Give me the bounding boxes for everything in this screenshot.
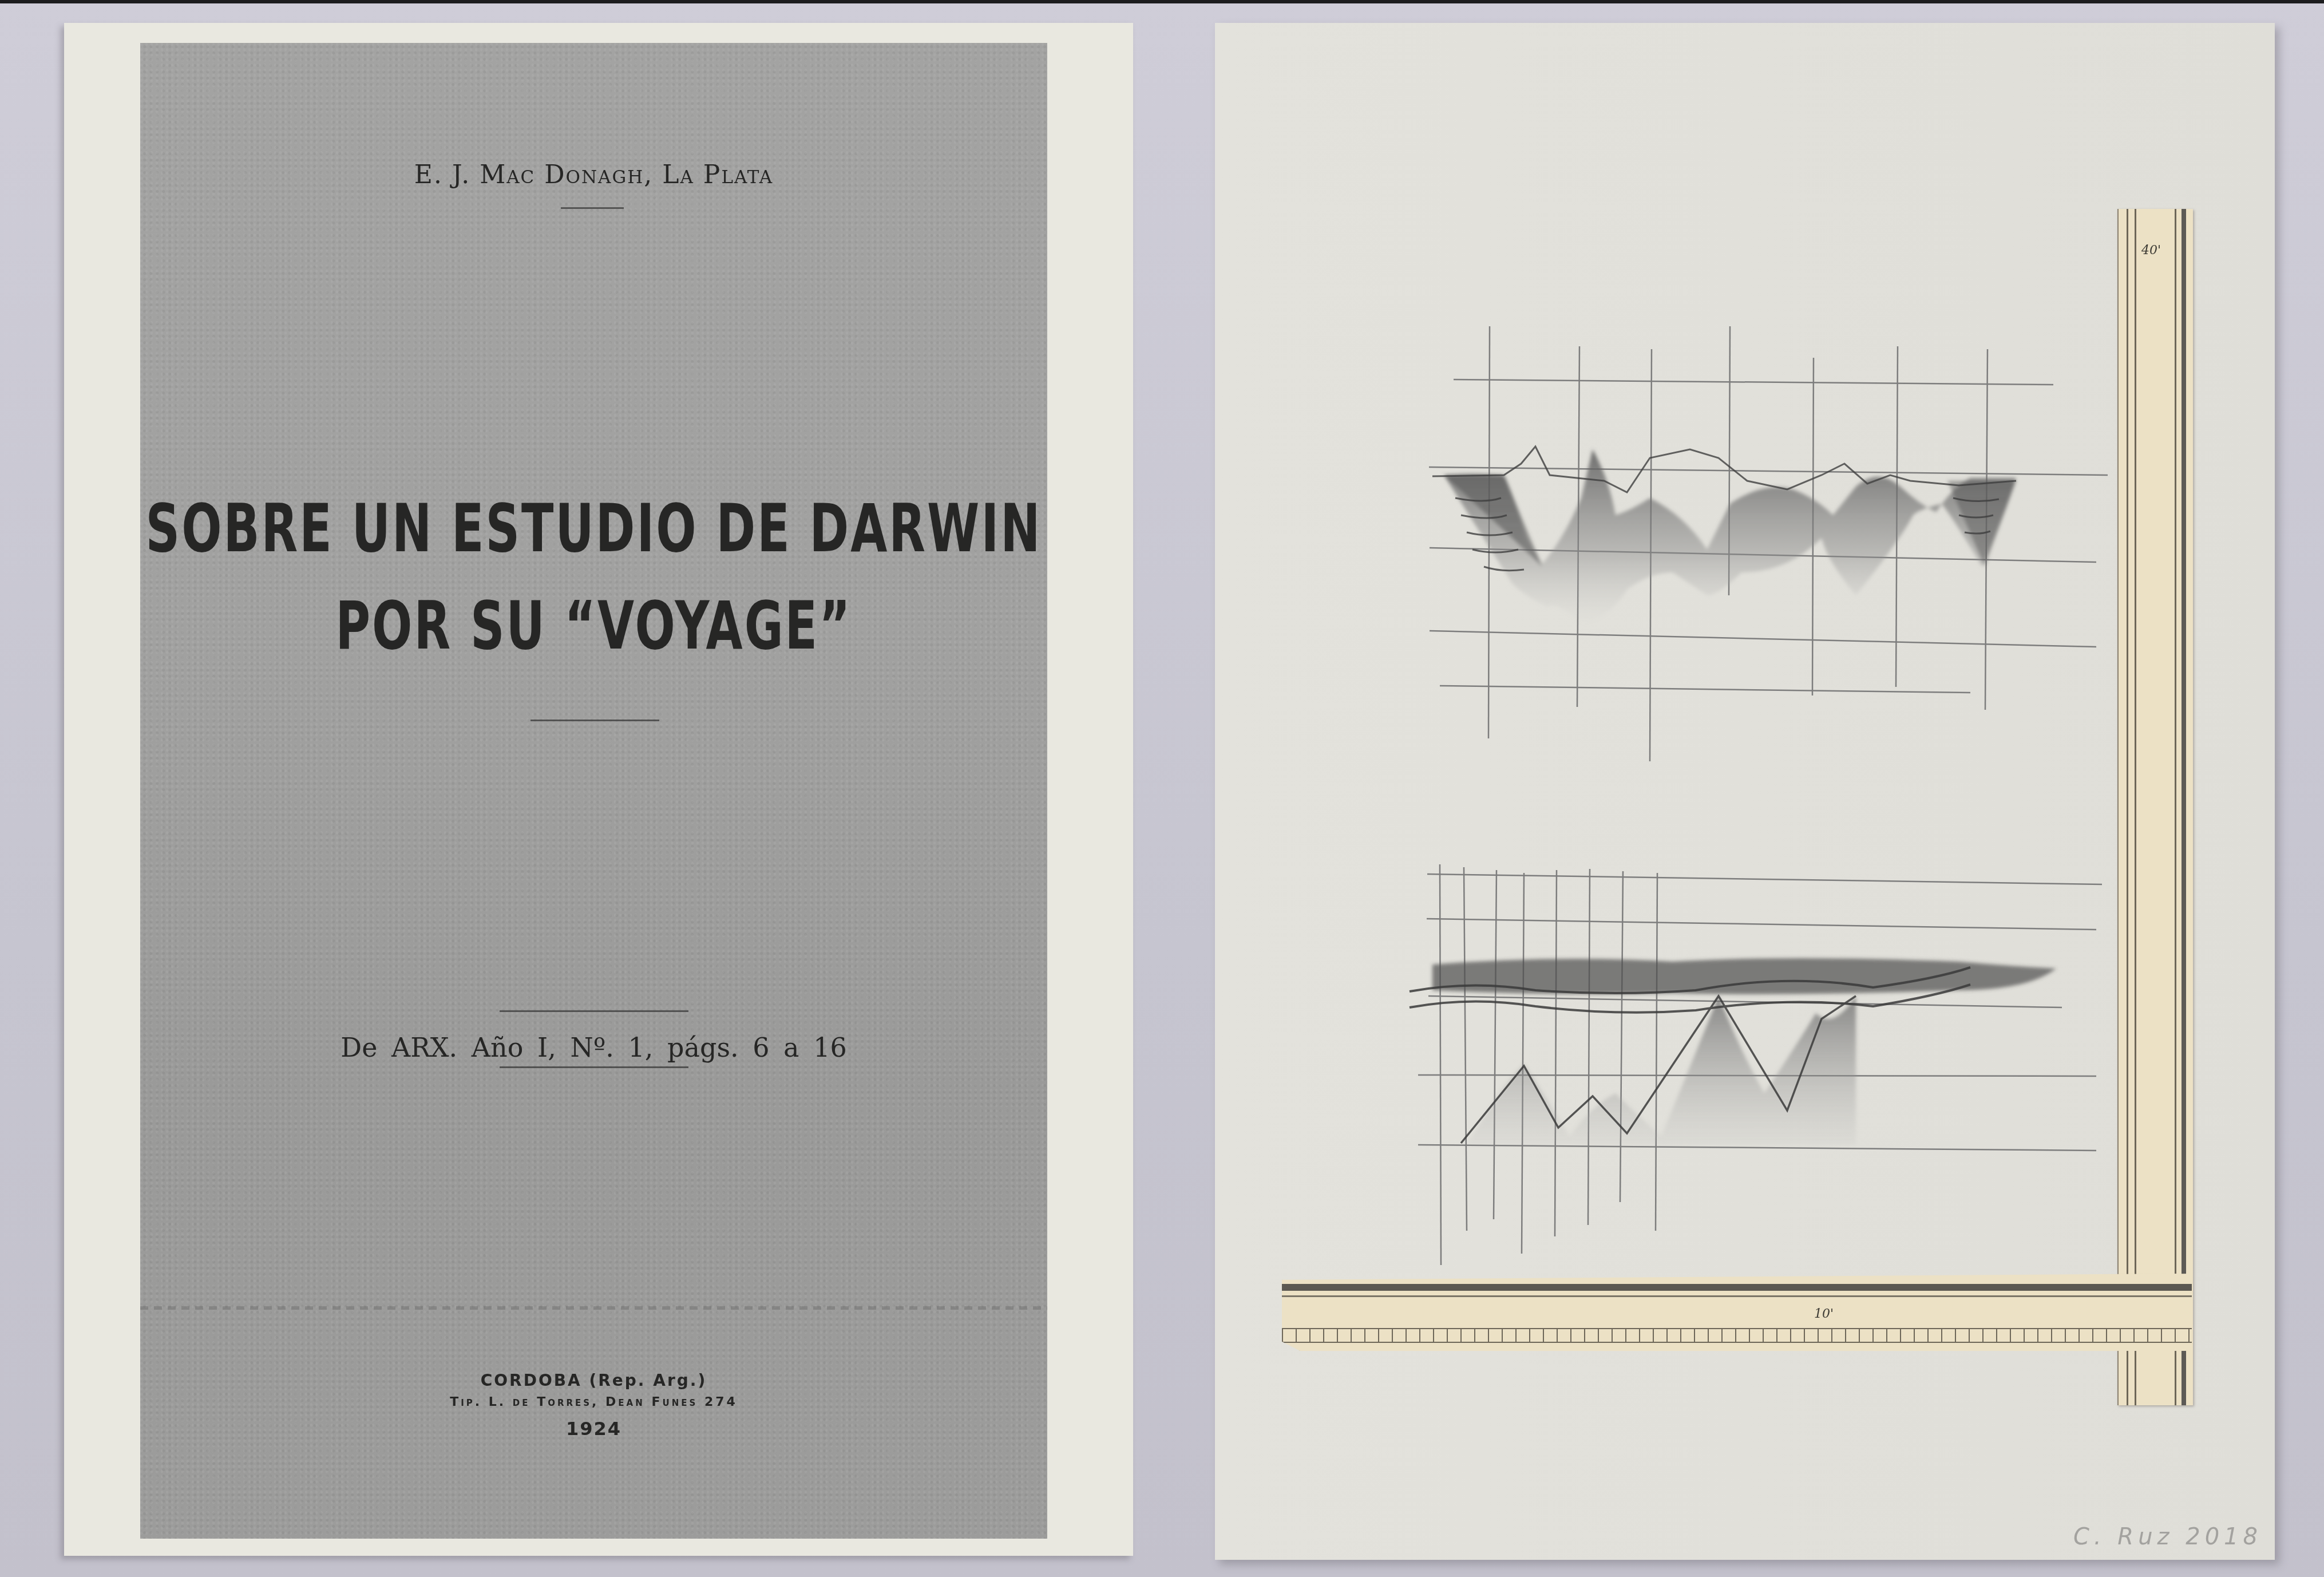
vertical-ruler-collage: 40' bbox=[2117, 209, 2193, 1405]
divider-rule bbox=[561, 207, 624, 209]
title-line-2: POR SU “VOYAGE” bbox=[140, 588, 1047, 665]
artist-signature: C. Ruz 2018 bbox=[2073, 1524, 2262, 1550]
reference-line: De ARX. Año I, Nº. 1, págs. 6 a 16 bbox=[140, 1032, 1047, 1063]
ruler-band bbox=[1282, 1284, 2192, 1291]
ruler-ticks bbox=[1282, 1328, 2192, 1343]
author-line: E. J. Mac Donagh, La Plata bbox=[140, 160, 1047, 189]
right-mount-paper: 40' 10' C. Ruz 2018 bbox=[1215, 23, 2275, 1560]
divider-rule bbox=[500, 1066, 688, 1068]
divider-rule bbox=[530, 720, 659, 721]
top-edge-bar bbox=[0, 0, 2324, 3]
title-line-1: SOBRE UN ESTUDIO DE DARWIN bbox=[140, 491, 1047, 567]
printer-line: Tip. L. de Torres, Dean Funes 274 bbox=[140, 1395, 1047, 1409]
ruler-band bbox=[1282, 1295, 2192, 1297]
divider-rule bbox=[500, 1010, 688, 1012]
horizontal-ruler-collage: 10' bbox=[1282, 1274, 2192, 1351]
vertical-ruler-label: 40' bbox=[2141, 243, 2161, 258]
fold-crease bbox=[140, 1306, 1047, 1310]
left-mount-paper: E. J. Mac Donagh, La Plata SOBRE UN ESTU… bbox=[64, 23, 1133, 1556]
horizontal-ruler-label: 10' bbox=[1814, 1307, 1834, 1321]
printed-cover: E. J. Mac Donagh, La Plata SOBRE UN ESTU… bbox=[140, 43, 1047, 1539]
city-line: CORDOBA (Rep. Arg.) bbox=[140, 1371, 1047, 1390]
year-line: 1924 bbox=[140, 1418, 1047, 1440]
